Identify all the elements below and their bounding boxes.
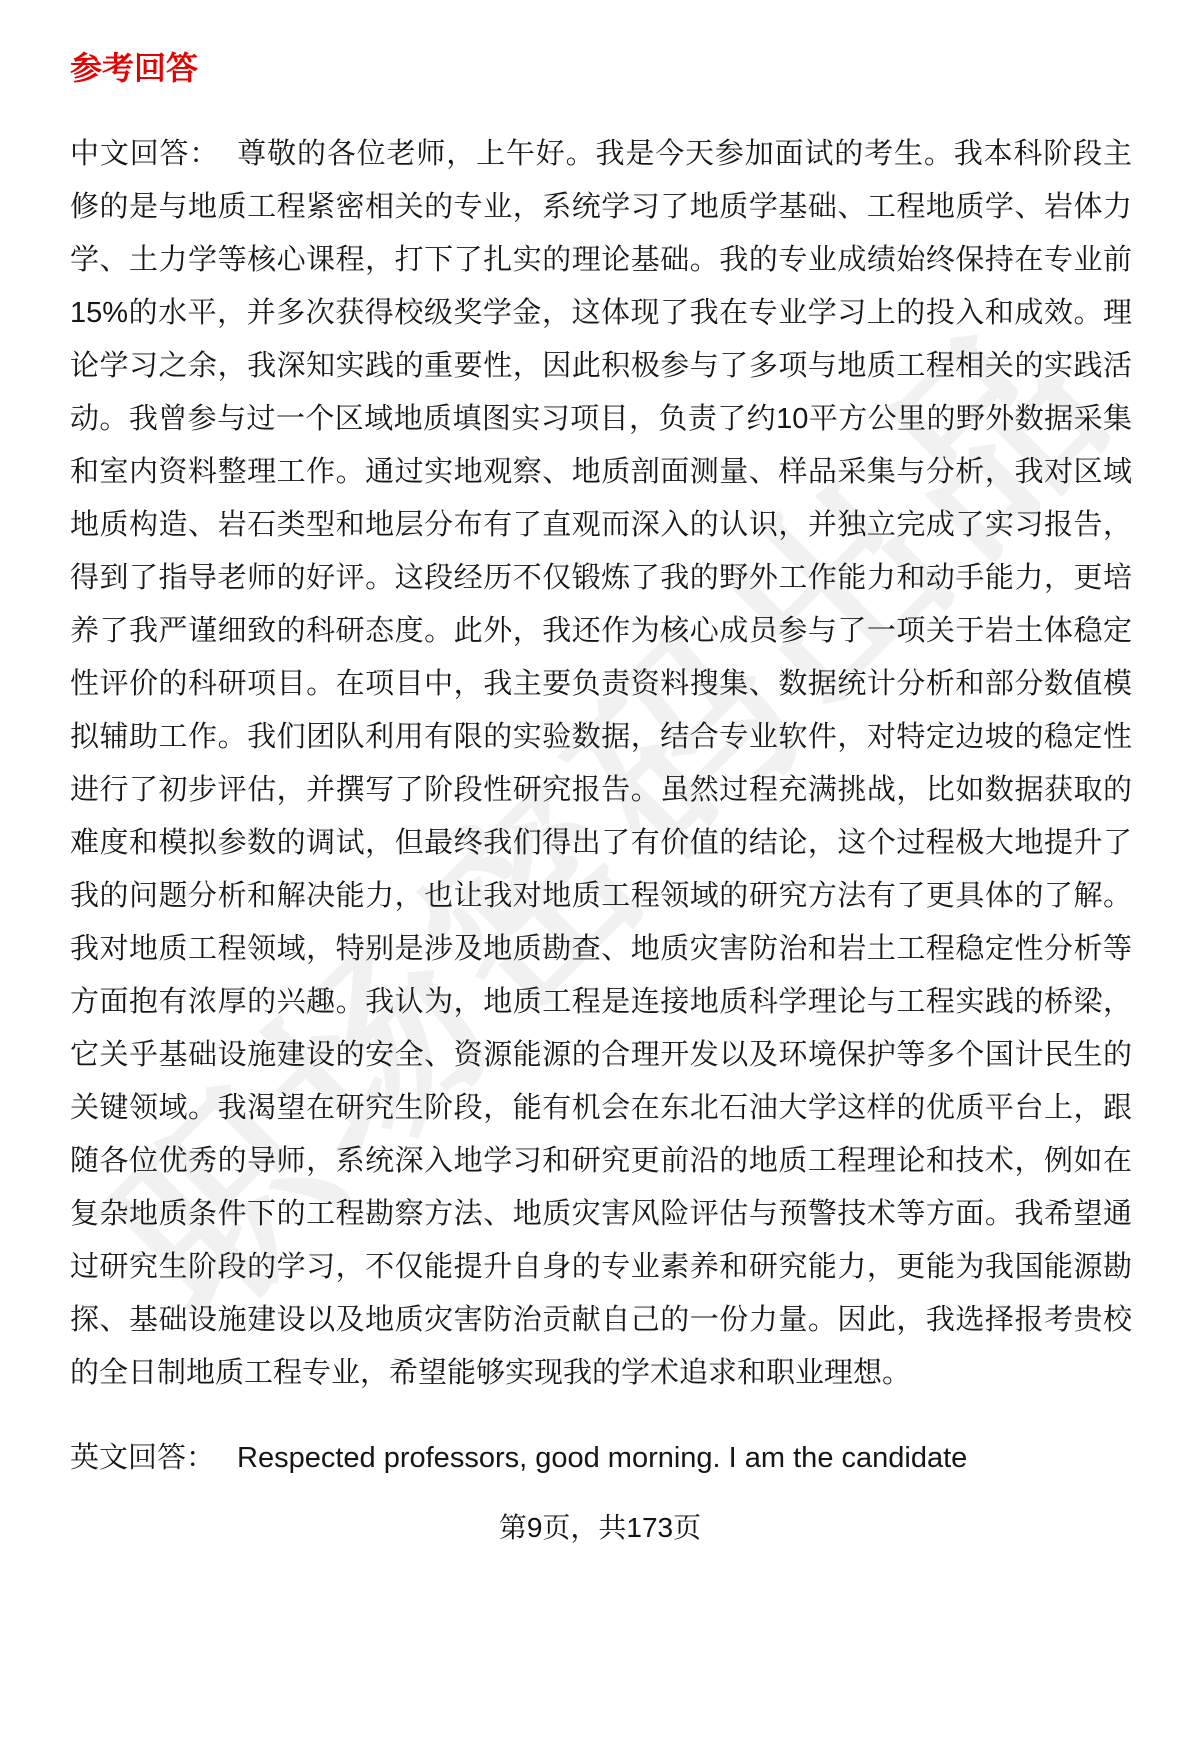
chinese-answer-paragraph: 中文回答：尊敬的各位老师，上午好。我是今天参加面试的考生。我本科阶段主修的是与地…	[70, 128, 1132, 1400]
page-number-footer: 第9页，共173页	[0, 1506, 1200, 1546]
document-page: 职场密码出品 参考回答 中文回答：尊敬的各位老师，上午好。我是今天参加面试的考生…	[0, 0, 1200, 1755]
chinese-answer-text: 尊敬的各位老师，上午好。我是今天参加面试的考生。我本科阶段主修的是与地质工程紧密…	[70, 138, 1132, 1389]
english-answer-text: Respected professors, good morning. I am…	[237, 1442, 967, 1474]
section-heading: 参考回答	[70, 50, 1132, 86]
english-answer-label: 英文回答：	[70, 1442, 215, 1474]
english-answer-paragraph: 英文回答：Respected professors, good morning.…	[70, 1432, 1132, 1485]
chinese-answer-label: 中文回答：	[70, 138, 219, 170]
page-content: 参考回答 中文回答：尊敬的各位老师，上午好。我是今天参加面试的考生。我本科阶段主…	[0, 0, 1200, 1485]
